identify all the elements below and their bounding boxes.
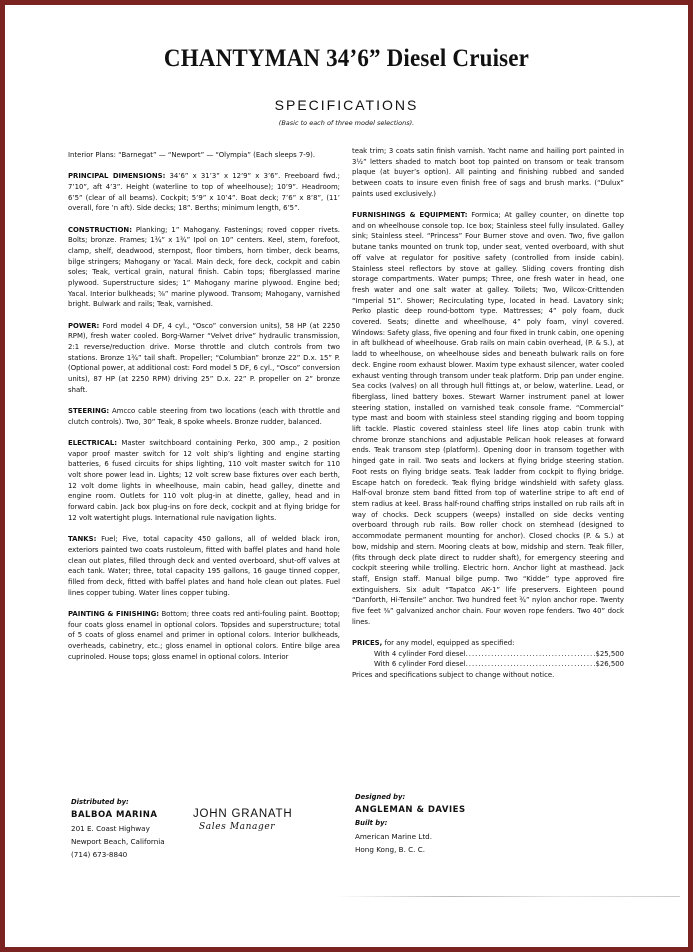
power-paragraph: POWER: Ford model 4 DF, 4 cyl., “Osco” c…	[68, 321, 340, 396]
steering-paragraph: STEERING: Amcco cable steering from two …	[68, 406, 340, 427]
distributor-block: Distributed by: BALBOA MARINA 201 E. Coa…	[71, 796, 165, 861]
right-column: teak trim; 3 coats satin finish varnish.…	[352, 146, 624, 681]
distributor-address-line1: 201 E. Coast Highway	[71, 822, 165, 835]
designer-name: ANGLEMAN & DAVIES	[355, 804, 466, 817]
distributor-address-line2: Newport Beach, California	[71, 835, 165, 848]
steering-label: STEERING:	[68, 407, 109, 415]
painting-label: PAINTING & FINISHING:	[68, 610, 159, 618]
price-row-4cyl: With 4 cylinder Ford diesel ............…	[352, 649, 624, 660]
prices-heading: PRICES, for any model, equipped as speci…	[352, 638, 624, 649]
sales-manager-stamp: JOHN GRANATH Sales Manager	[193, 807, 292, 834]
section-heading: SPECIFICATIONS	[5, 97, 688, 113]
designer-block: Designed by: ANGLEMAN & DAVIES Built by:…	[355, 791, 466, 856]
construction-label: CONSTRUCTION:	[68, 226, 132, 234]
dimensions-paragraph: PRINCIPAL DIMENSIONS: 34’6” x 31’3” x 12…	[68, 171, 340, 214]
prices-section: PRICES, for any model, equipped as speci…	[352, 638, 624, 681]
furnishings-label: FURNISHINGS & EQUIPMENT:	[352, 211, 468, 219]
sales-manager-role: Sales Manager	[193, 821, 292, 834]
dot-leader: ........................................…	[466, 659, 596, 670]
electrical-paragraph: ELECTRICAL: Master switchboard containin…	[68, 438, 340, 524]
prices-note: Prices and specifications subject to cha…	[352, 670, 624, 681]
tanks-paragraph: TANKS: Fuel; Five, total capacity 450 ga…	[68, 534, 340, 598]
price-amount: $26,500	[596, 659, 625, 670]
left-column: Interior Plans: “Barnegat” — “Newport” —…	[68, 150, 340, 673]
builder-caption: Built by:	[355, 817, 466, 830]
power-label: POWER:	[68, 322, 99, 330]
sales-manager-name: JOHN GRANATH	[193, 807, 292, 821]
dimensions-label: PRINCIPAL DIMENSIONS:	[68, 172, 165, 180]
tanks-label: TANKS:	[68, 535, 96, 543]
distributor-name: BALBOA MARINA	[71, 809, 165, 822]
price-amount: $25,500	[596, 649, 625, 660]
painting-continued-paragraph: teak trim; 3 coats satin finish varnish.…	[352, 146, 624, 200]
scan-artifact-line	[335, 896, 680, 897]
dot-leader: ........................................…	[466, 649, 596, 660]
furnishings-paragraph: FURNISHINGS & EQUIPMENT: Formica; At gal…	[352, 210, 624, 627]
page-title: CHANTYMAN 34’6” Diesel Cruiser	[32, 45, 660, 73]
electrical-label: ELECTRICAL:	[68, 439, 117, 447]
builder-name: American Marine Ltd.	[355, 830, 466, 843]
construction-paragraph: CONSTRUCTION: Planking; 1” Mahogany. Fas…	[68, 225, 340, 311]
distributor-caption: Distributed by:	[71, 796, 165, 809]
interior-plans-paragraph: Interior Plans: “Barnegat” — “Newport” —…	[68, 150, 340, 161]
designer-caption: Designed by:	[355, 791, 466, 804]
basis-note: (Basic to each of three model selections…	[5, 119, 688, 127]
painting-paragraph: PAINTING & FINISHING: Bottom; three coat…	[68, 609, 340, 663]
builder-location: Hong Kong, B. C. C.	[355, 843, 466, 856]
distributor-phone: (714) 673-8840	[71, 848, 165, 861]
price-row-6cyl: With 6 cylinder Ford diesel ............…	[352, 659, 624, 670]
spec-sheet-page: CHANTYMAN 34’6” Diesel Cruiser SPECIFICA…	[5, 5, 688, 947]
